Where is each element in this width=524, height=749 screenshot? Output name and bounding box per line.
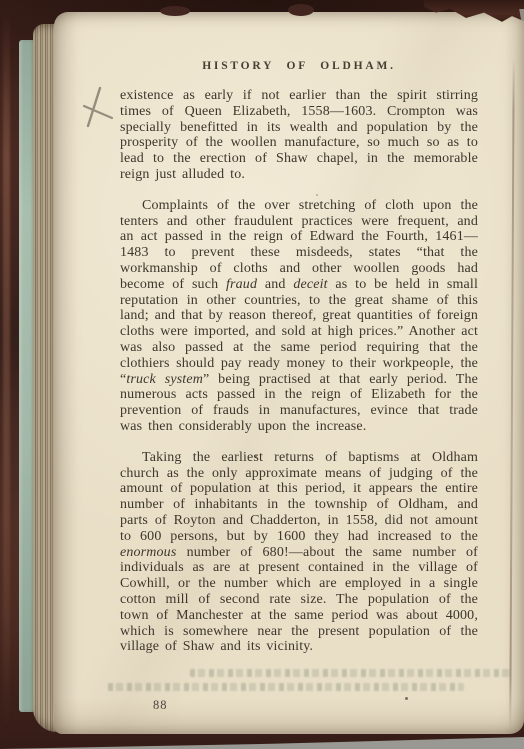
- paragraph: Complaints of the over stretching of clo…: [120, 198, 478, 435]
- book-spine: [3, 10, 10, 730]
- bleedthrough-line: [190, 669, 510, 677]
- text-run: existence as early if not earlier than t…: [120, 88, 478, 182]
- page-number: 88: [153, 698, 168, 713]
- pencil-cross-icon: [78, 83, 118, 133]
- ink-speck: [316, 194, 318, 196]
- cover-edge-bump: [160, 6, 190, 16]
- book-page: HISTORY OF OLDHAM. existence as early if…: [54, 12, 524, 734]
- text-run: deceit: [293, 277, 327, 292]
- cover-edge-bump: [288, 4, 314, 16]
- text-run: Taking the earliest returns of baptisms …: [120, 450, 478, 544]
- text-run: truck system: [126, 372, 203, 387]
- ink-speck: [405, 697, 408, 700]
- text-run: enormous: [120, 545, 176, 560]
- ink-speck: [255, 455, 257, 457]
- paragraph: existence as early if not earlier than t…: [120, 88, 478, 183]
- text-block: existence as early if not earlier than t…: [120, 88, 478, 670]
- paragraph: Taking the earliest returns of baptisms …: [120, 450, 478, 655]
- text-run: as to be held in small reputation in oth…: [120, 277, 478, 387]
- text-run: number of 680!—about the same number of …: [120, 545, 478, 655]
- text-run: fraud: [226, 277, 257, 292]
- page-crease-line: [509, 57, 515, 729]
- running-title: HISTORY OF OLDHAM.: [120, 60, 478, 72]
- bleedthrough-line: [108, 683, 464, 691]
- book-scan: HISTORY OF OLDHAM. existence as early if…: [0, 0, 524, 749]
- text-run: and: [257, 277, 293, 292]
